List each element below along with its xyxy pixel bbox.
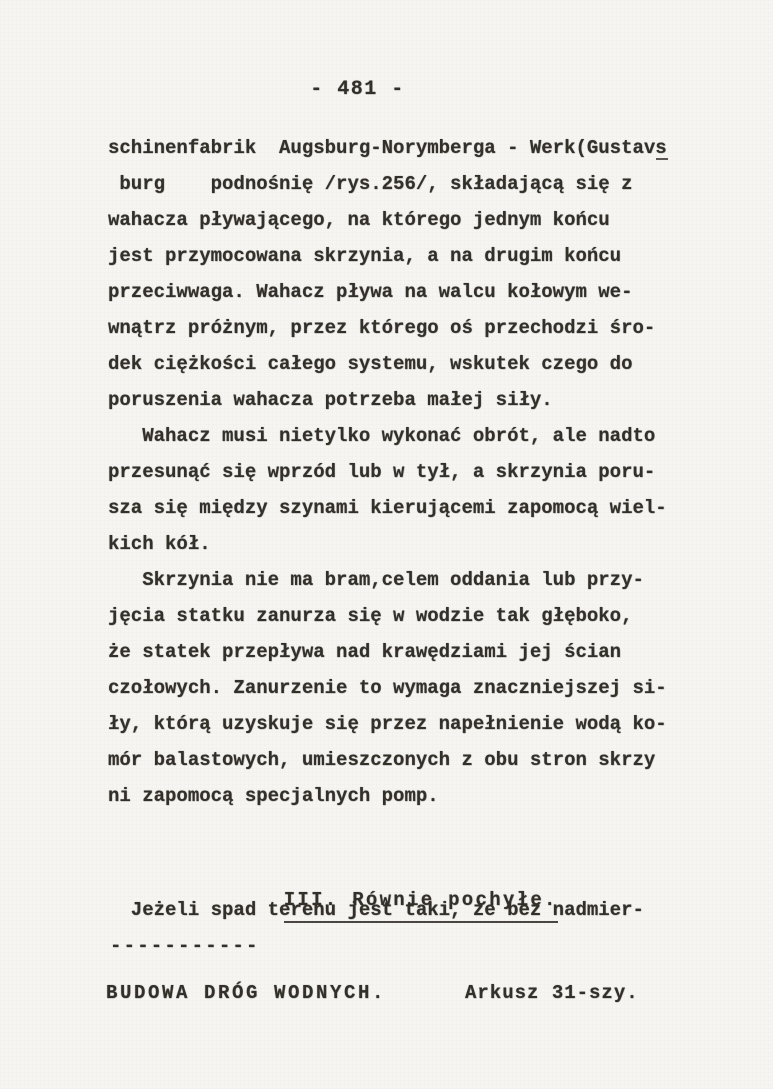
page-footer: BUDOWA DRÓG WODNYCH. Arkusz 31-szy. (0, 975, 773, 1011)
text-line: ni zapomocą specjalnych pomp. (0, 778, 773, 814)
text-line: Jeżeli spad terenu jest taki, że bez nad… (0, 892, 773, 928)
text-line: kich kół. (0, 526, 773, 562)
text-line: wnątrz próżnym, przez którego oś przecho… (0, 310, 773, 346)
scanned-page: - 481 - schinenfabrik Augsburg-Norymberg… (0, 0, 773, 1089)
text-line: dek ciężkości całego systemu, wskutek cz… (0, 346, 773, 382)
text-line: jest przymocowana skrzynia, a na drugim … (0, 238, 773, 274)
text-line: przeciwwaga. Wahacz pływa na walcu kołow… (0, 274, 773, 310)
footer-series-title: BUDOWA DRÓG WODNYCH. (106, 975, 386, 1011)
footer-sheet-number: Arkusz 31-szy. (465, 975, 639, 1011)
text-line: jęcia statku zanurza się w wodzie tak gł… (0, 598, 773, 634)
text-line: mór balastowych, umieszczonych z obu str… (0, 742, 773, 778)
text-line: burg podnośnię /rys.256/, składającą się… (0, 166, 773, 202)
text-line: wahacza pływającego, na którego jednym k… (0, 202, 773, 238)
body-text: schinenfabrik Augsburg-Norymberga - Werk… (0, 130, 773, 956)
text-line: przesunąć się wprzód lub w tył, a skrzyn… (0, 454, 773, 490)
text-line: czołowych. Zanurzenie to wymaga znacznie… (0, 670, 773, 706)
text-line: poruszenia wahacza potrzeba małej siły. (0, 382, 773, 418)
text-line: sza się między szynami kierującemi zapom… (0, 490, 773, 526)
text-line: Wahacz musi nietylko wykonać obrót, ale … (0, 418, 773, 454)
text-line: Skrzynia nie ma bram,celem oddania lub p… (0, 562, 773, 598)
text-line: schinenfabrik Augsburg-Norymberga - Werk… (0, 130, 773, 166)
text-line: ły, którą uzyskuje się przez napełnienie… (0, 706, 773, 742)
page-number: - 481 - (0, 78, 715, 101)
text-line: że statek przepływa nad krawędziami jej … (0, 634, 773, 670)
underline-mark (656, 158, 668, 160)
section-heading-row: III. Równie pochyłe. (0, 846, 773, 888)
